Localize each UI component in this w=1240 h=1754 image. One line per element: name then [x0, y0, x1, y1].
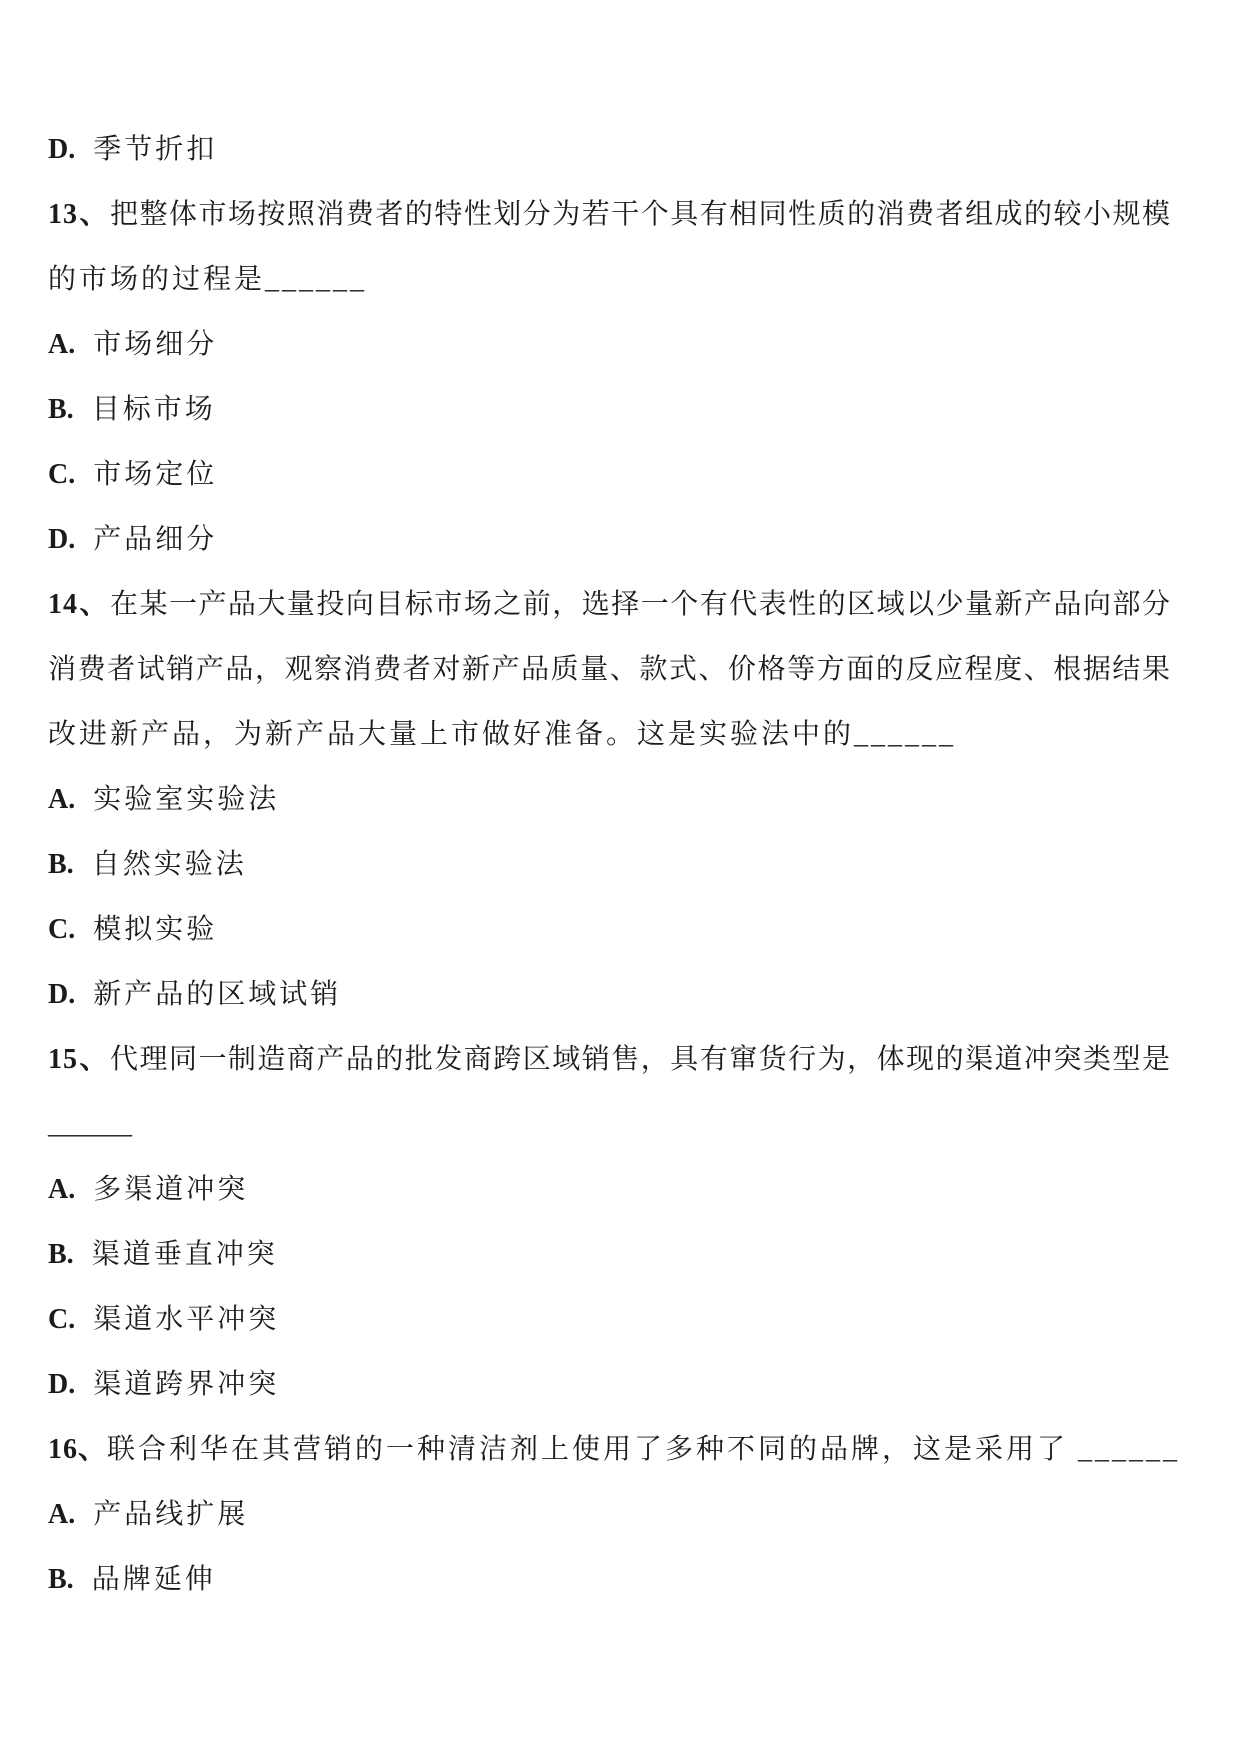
option-line-14d: D.新产品的区域试销	[48, 962, 1170, 1027]
option-text: 模拟实验	[93, 914, 217, 945]
option-label: D.	[48, 979, 75, 1010]
option-label: A.	[48, 784, 75, 815]
option-text: 产品细分	[93, 524, 217, 555]
option-text: 季节折扣	[93, 134, 217, 165]
option-text: 实验室实验法	[93, 784, 279, 815]
question-stem-text: 改进新产品，为新产品大量上市做好准备。这是实验法中的______	[48, 719, 956, 750]
option-line-16b: B.品牌延伸	[48, 1547, 1170, 1612]
question-stem-line: 改进新产品，为新产品大量上市做好准备。这是实验法中的______	[48, 702, 1170, 767]
answer-blank-line: ______	[48, 1092, 1170, 1157]
option-text: 自然实验法	[92, 849, 247, 880]
question-stem-text: 的市场的过程是______	[48, 264, 367, 295]
question-stem-text: 在某一产品大量投向目标市场之前，选择一个有代表性的区域以少量新产品向部分	[110, 589, 1170, 620]
option-line-13b: B.目标市场	[48, 377, 1170, 442]
question-number: 13、	[48, 199, 110, 230]
question-15: 15、代理同一制造商产品的批发商跨区域销售，具有窜货行为，体现的渠道冲突类型是 …	[48, 1027, 1170, 1417]
option-line-15b: B.渠道垂直冲突	[48, 1222, 1170, 1287]
option-text: 多渠道冲突	[93, 1174, 248, 1205]
option-label: D.	[48, 1369, 75, 1400]
option-line-15c: C.渠道水平冲突	[48, 1287, 1170, 1352]
question-16: 16、联合利华在其营销的一种清洁剂上使用了多种不同的品牌，这是采用了 _____…	[48, 1417, 1170, 1612]
option-label: B.	[48, 1239, 74, 1270]
question-stem-line: 15、代理同一制造商产品的批发商跨区域销售，具有窜货行为，体现的渠道冲突类型是	[48, 1027, 1170, 1092]
option-label: A.	[48, 329, 75, 360]
question-stem-text: 把整体市场按照消费者的特性划分为若干个具有相同性质的消费者组成的较小规模	[110, 199, 1170, 230]
option-line-16a: A.产品线扩展	[48, 1482, 1170, 1547]
option-text: 新产品的区域试销	[93, 979, 341, 1010]
question-stem-line: 13、把整体市场按照消费者的特性划分为若干个具有相同性质的消费者组成的较小规模	[48, 182, 1170, 247]
option-label: D.	[48, 524, 75, 555]
question-stem-line: 14、在某一产品大量投向目标市场之前，选择一个有代表性的区域以少量新产品向部分	[48, 572, 1170, 637]
option-line-13a: A.市场细分	[48, 312, 1170, 377]
option-text: 目标市场	[92, 394, 216, 425]
option-label: C.	[48, 914, 75, 945]
option-line-12d: D.季节折扣	[48, 117, 1170, 182]
option-text: 市场细分	[93, 329, 217, 360]
option-text: 渠道跨界冲突	[93, 1369, 279, 1400]
question-number: 16、	[48, 1434, 107, 1465]
option-line-13c: C.市场定位	[48, 442, 1170, 507]
option-line-15a: A.多渠道冲突	[48, 1157, 1170, 1222]
option-text: 渠道水平冲突	[93, 1304, 279, 1335]
option-text: 市场定位	[93, 459, 217, 490]
question-14: 14、在某一产品大量投向目标市场之前，选择一个有代表性的区域以少量新产品向部分 …	[48, 572, 1170, 1027]
option-label: C.	[48, 459, 75, 490]
option-label: B.	[48, 394, 74, 425]
option-line-14b: B.自然实验法	[48, 832, 1170, 897]
option-label: D.	[48, 134, 75, 165]
question-stem-text: 代理同一制造商产品的批发商跨区域销售，具有窜货行为，体现的渠道冲突类型是	[110, 1044, 1170, 1075]
option-line-14c: C.模拟实验	[48, 897, 1170, 962]
question-number: 14、	[48, 589, 110, 620]
option-text: 产品线扩展	[93, 1499, 248, 1530]
option-label: A.	[48, 1499, 75, 1530]
option-text: 品牌延伸	[92, 1564, 216, 1595]
option-label: B.	[48, 849, 74, 880]
option-line-14a: A.实验室实验法	[48, 767, 1170, 832]
option-line-13d: D.产品细分	[48, 507, 1170, 572]
option-label: C.	[48, 1304, 75, 1335]
question-stem-line: 的市场的过程是______	[48, 247, 1170, 312]
question-13: 13、把整体市场按照消费者的特性划分为若干个具有相同性质的消费者组成的较小规模 …	[48, 182, 1170, 572]
option-label: B.	[48, 1564, 74, 1595]
question-stem-text: 消费者试销产品，观察消费者对新产品质量、款式、价格等方面的反应程度、根据结果	[48, 654, 1170, 685]
question-number: 15、	[48, 1044, 110, 1075]
question-stem-text: 联合利华在其营销的一种清洁剂上使用了多种不同的品牌，这是采用了 ______	[107, 1434, 1180, 1465]
option-line-15d: D.渠道跨界冲突	[48, 1352, 1170, 1417]
question-stem-line: 16、联合利华在其营销的一种清洁剂上使用了多种不同的品牌，这是采用了 _____…	[48, 1417, 1170, 1482]
answer-blank: ______	[48, 1109, 132, 1140]
option-text: 渠道垂直冲突	[92, 1239, 278, 1270]
exam-document-page: D.季节折扣 13、把整体市场按照消费者的特性划分为若干个具有相同性质的消费者组…	[0, 0, 1240, 1612]
option-label: A.	[48, 1174, 75, 1205]
question-stem-line: 消费者试销产品，观察消费者对新产品质量、款式、价格等方面的反应程度、根据结果	[48, 637, 1170, 702]
